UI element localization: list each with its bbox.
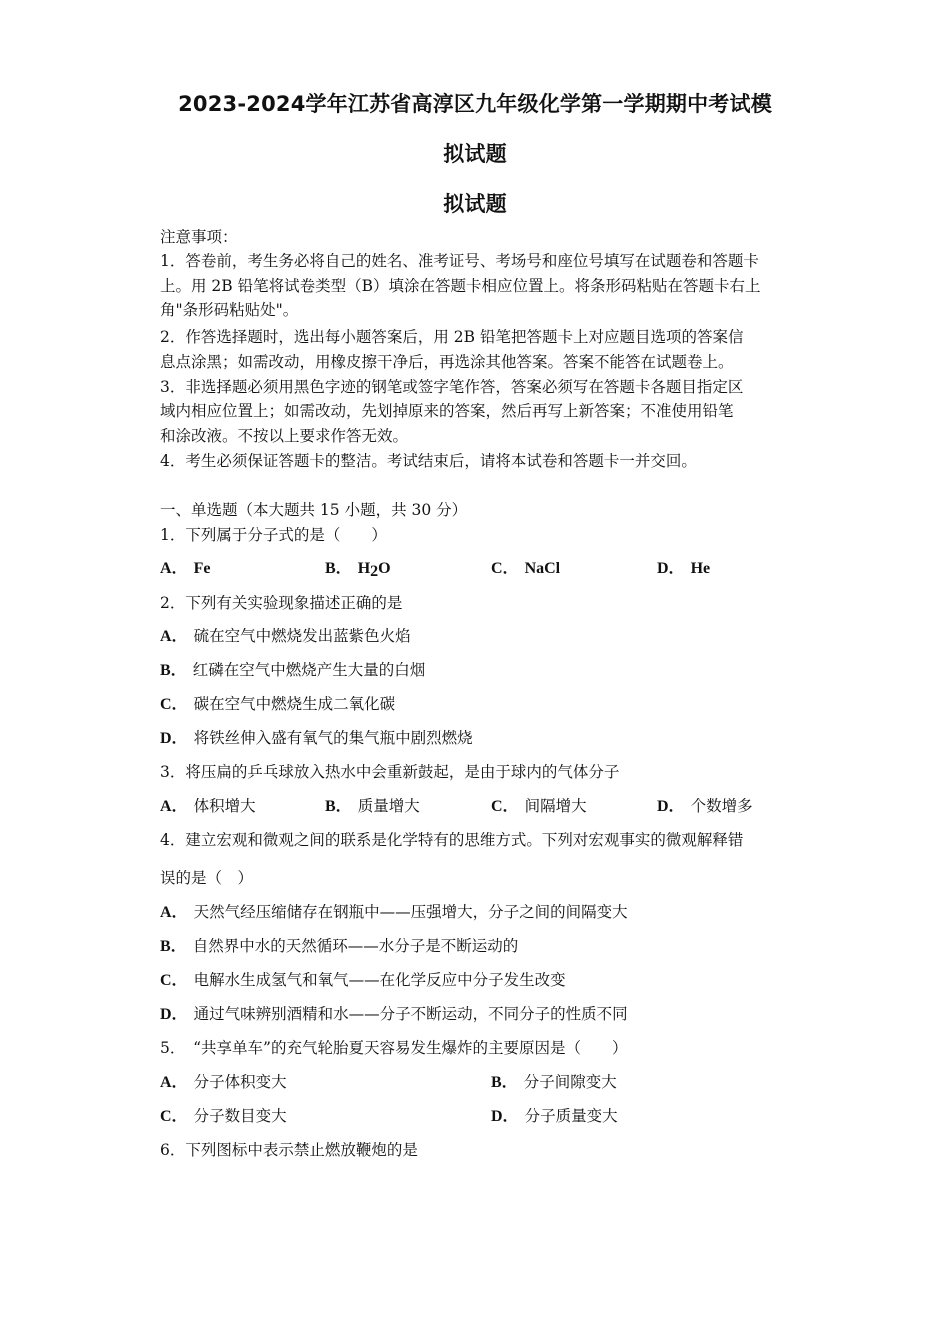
- notice-line: 1．答卷前，考生务必将自己的姓名、准考证号、考场号和座位号填写在试题卷和答题卡: [160, 251, 759, 271]
- document-title-line2: 拟试题: [0, 138, 950, 168]
- question-3-option-b: B．质量增大: [325, 796, 420, 817]
- question-5-option-b: B．分子间隙变大: [491, 1072, 617, 1093]
- question-2-option-c: C．碳在空气中燃烧生成二氧化碳: [160, 694, 395, 715]
- question-4-stem-line1: 4．建立宏观和微观之间的联系是化学特有的思维方式。下列对宏观事实的微观解释错: [160, 830, 743, 850]
- question-4-option-a: A．天然气经压缩储存在钢瓶中——压强增大，分子之间的间隔变大: [160, 902, 628, 923]
- section-heading: 一、单选题（本大题共 15 小题，共 30 分）: [160, 500, 467, 520]
- question-6-stem: 6．下列图标中表示禁止燃放鞭炮的是: [160, 1140, 418, 1160]
- document-title-line3: 拟试题: [0, 188, 950, 218]
- notice-line: 上。用 2B 铅笔将试卷类型（B）填涂在答题卡相应位置上。将条形码粘贴在答题卡右…: [160, 276, 761, 296]
- question-5-option-d: D．分子质量变大: [491, 1106, 618, 1127]
- question-4-option-d: D．通过气味辨别酒精和水——分子不断运动，不同分子的性质不同: [160, 1004, 628, 1025]
- notice-line: 息点涂黑；如需改动，用橡皮擦干净后，再选涂其他答案。答案不能答在试题卷上。: [160, 352, 734, 372]
- notice-line: 4．考生必须保证答题卡的整洁。考试结束后，请将本试卷和答题卡一并交回。: [160, 451, 697, 471]
- question-5-option-c: C．分子数目变大: [160, 1106, 287, 1127]
- question-2-option-d: D．将铁丝伸入盛有氧气的集气瓶中剧烈燃烧: [160, 728, 473, 749]
- question-1-option-a: A．Fe: [160, 558, 210, 579]
- question-4-option-b: B．自然界中水的天然循环——水分子是不断运动的: [160, 936, 518, 957]
- question-1-stem: 1．下列属于分子式的是（ ）: [160, 525, 387, 545]
- question-2-stem: 2．下列有关实验现象描述正确的是: [160, 593, 402, 613]
- notice-line: 和涂改液。不按以上要求作答无效。: [160, 426, 408, 446]
- notice-line: 域内相应位置上；如需改动，先划掉原来的答案，然后再写上新答案；不准使用铅笔: [160, 401, 734, 421]
- notice-line: 2．作答选择题时，选出每小题答案后，用 2B 铅笔把答题卡上对应题目选项的答案信: [160, 327, 743, 347]
- question-1-option-c: C．NaCl: [491, 558, 560, 579]
- question-3-option-d: D．个数增多: [657, 796, 753, 817]
- question-4-option-c: C．电解水生成氢气和氧气——在化学反应中分子发生改变: [160, 970, 566, 991]
- notice-line: 3．非选择题必须用黑色字迹的钢笔或签字笔作答，答案必须写在答题卡各题目指定区: [160, 377, 743, 397]
- question-1-option-d: D．He: [657, 558, 710, 579]
- question-5-stem: 5． “共享单车”的充气轮胎夏天容易发生爆炸的主要原因是（ ）: [160, 1038, 627, 1058]
- document-title-line1: 2023-2024学年江苏省高淳区九年级化学第一学期期中考试模: [0, 88, 950, 118]
- exam-page: 2023-2024学年江苏省高淳区九年级化学第一学期期中考试模 拟试题 拟试题 …: [0, 0, 950, 1344]
- question-5-option-a: A．分子体积变大: [160, 1072, 287, 1093]
- question-4-stem-line2: 误的是（ ）: [160, 868, 253, 888]
- question-2-option-b: B．红磷在空气中燃烧产生大量的白烟: [160, 660, 425, 681]
- notice-line: 角"条形码粘贴处"。: [160, 300, 298, 320]
- question-3-stem: 3．将压扁的乒乓球放入热水中会重新鼓起，是由于球内的气体分子: [160, 762, 619, 782]
- question-3-option-a: A．体积增大: [160, 796, 256, 817]
- question-3-option-c: C．间隔增大: [491, 796, 587, 817]
- question-1-option-b: B．H2O: [325, 558, 391, 582]
- notice-heading: 注意事项：: [160, 227, 238, 247]
- question-2-option-a: A．硫在空气中燃烧发出蓝紫色火焰: [160, 626, 411, 647]
